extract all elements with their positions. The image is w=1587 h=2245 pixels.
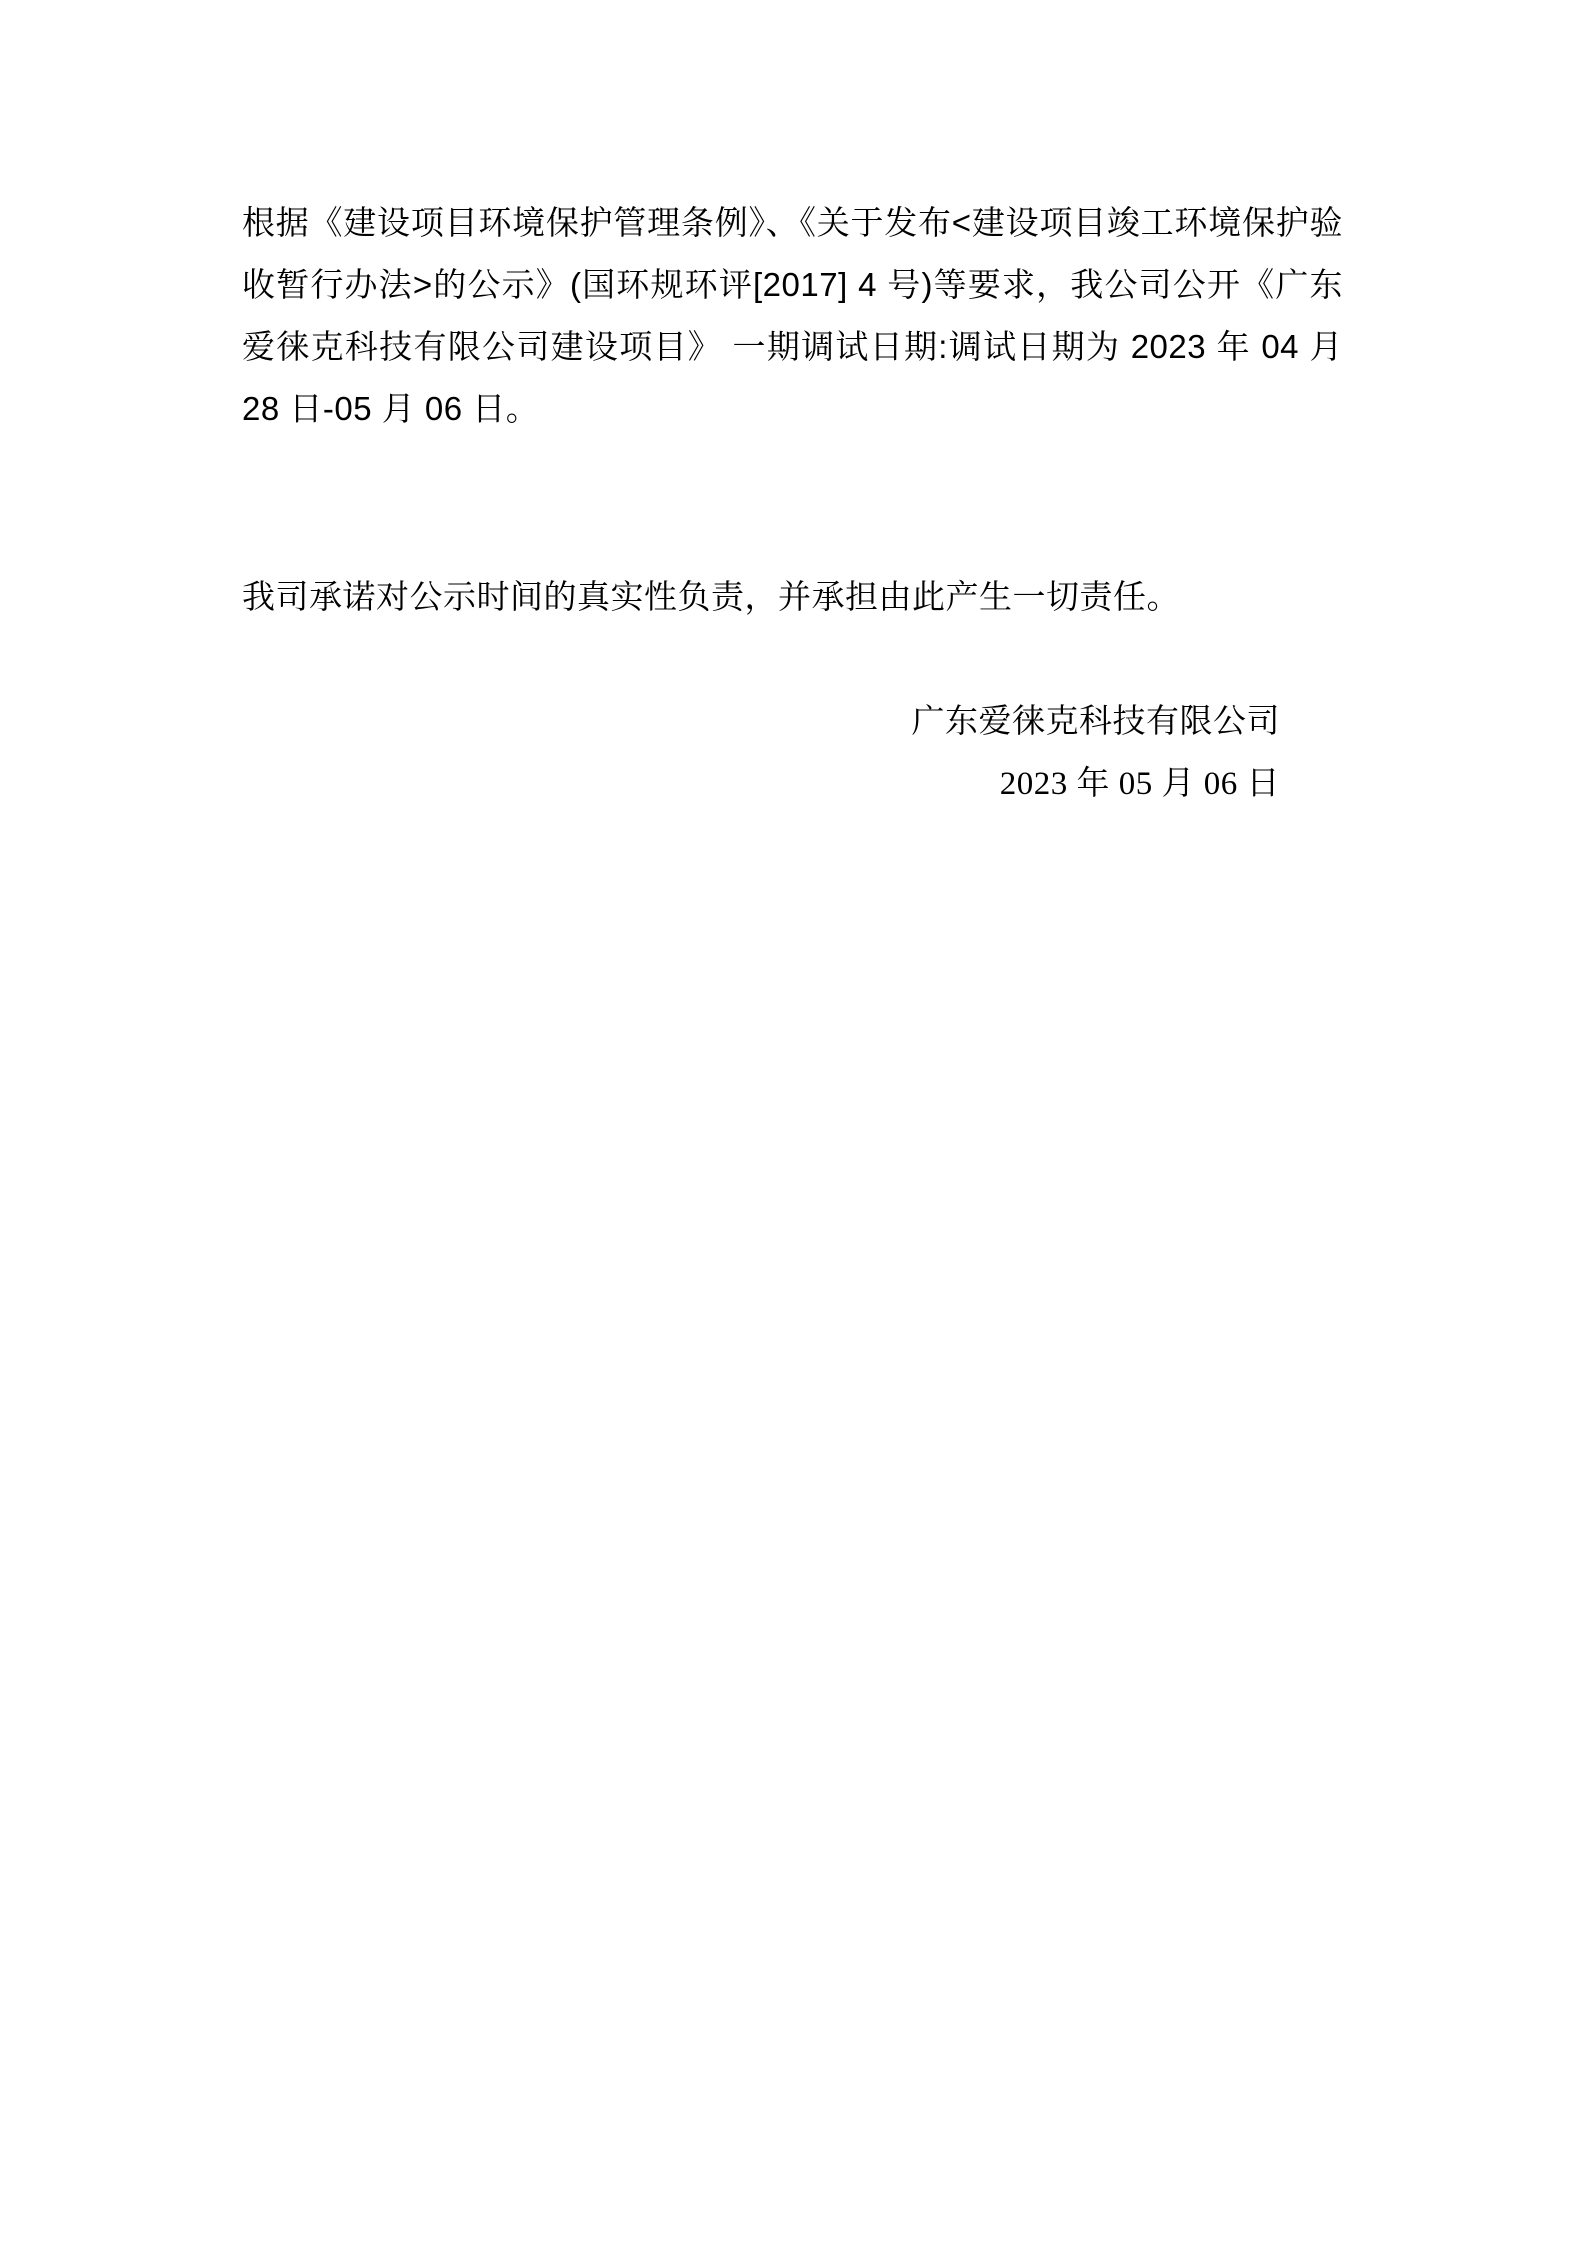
signature-company-name: 广东爱徕克科技有限公司 [242,691,1280,753]
commitment-paragraph: 我司承诺对公示时间的真实性负责，并承担由此产生一切责任。 [242,566,1343,628]
document-page: 根据《建设项目环境保护管理条例》、《关于发布<建设项目竣工环境保护验收暂行办法>… [0,0,1587,2245]
document-content: 根据《建设项目环境保护管理条例》、《关于发布<建设项目竣工环境保护验收暂行办法>… [242,192,1343,815]
notice-paragraph: 根据《建设项目环境保护管理条例》、《关于发布<建设项目竣工环境保护验收暂行办法>… [242,192,1343,440]
signature-block: 广东爱徕克科技有限公司 2023 年 05 月 06 日 [242,691,1343,815]
signature-date: 2023 年 05 月 06 日 [242,753,1280,815]
